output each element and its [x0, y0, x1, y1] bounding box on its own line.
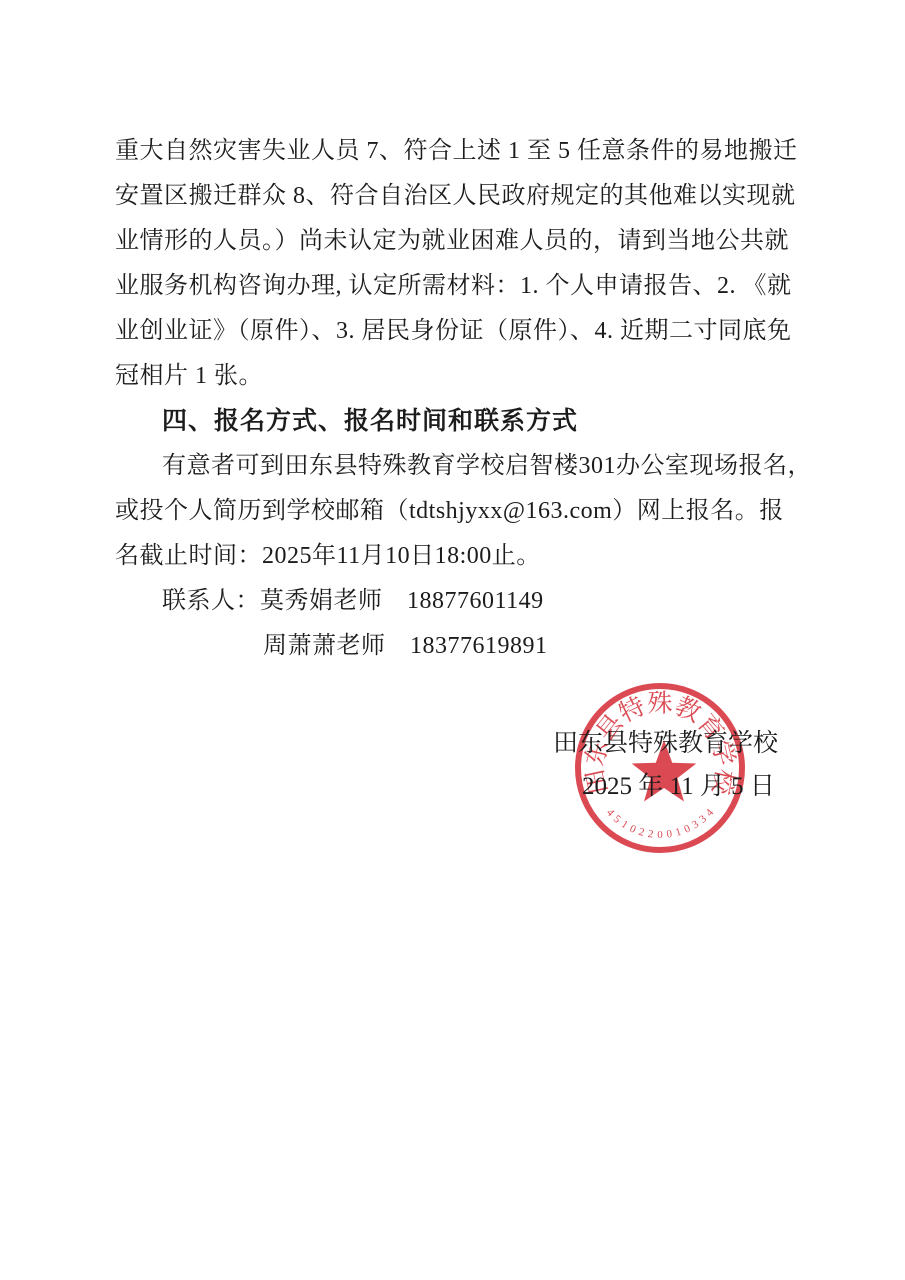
- document-line: 重大自然灾害失业人员 7、符合上述 1 至 5 任意条件的易地搬迁: [115, 129, 815, 174]
- seal-serial-char: 0: [628, 823, 638, 836]
- document-body: 重大自然灾害失业人员 7、符合上述 1 至 5 任意条件的易地搬迁安置区搬迁群众…: [115, 129, 815, 669]
- seal-serial-char: 2: [637, 826, 646, 839]
- document-line: 业情形的人员。）尚未认定为就业困难人员的，请到当地公共就: [115, 219, 815, 264]
- document-line: 四、报名方式、报名时间和联系方式: [115, 399, 815, 444]
- seal-arc-char: 殊: [647, 690, 672, 718]
- seal-serial-char: 0: [666, 828, 674, 841]
- document-line: 或投个人简历到学校邮箱（tdtshjyxx@163.com）网上报名。报: [115, 489, 815, 534]
- seal-serial-char: 4: [704, 806, 717, 818]
- seal-serial-char: 1: [674, 826, 683, 839]
- document-line: 业创业证》（原件）、3. 居民身份证（原件）、4. 近期二寸同底免: [115, 309, 815, 354]
- document-page: 重大自然灾害失业人员 7、符合上述 1 至 5 任意条件的易地搬迁安置区搬迁群众…: [0, 0, 905, 1280]
- document-line: 安置区搬迁群众 8、符合自治区人民政府规定的其他难以实现就: [115, 174, 815, 219]
- signature-date: 2025 年 11 月 5 日: [582, 766, 775, 802]
- document-line: 名截止时间：2025年11月10日18:00止。: [115, 534, 815, 579]
- document-line: 周萧萧老师 18377619891: [115, 624, 815, 669]
- seal-serial-char: 2: [647, 828, 654, 841]
- seal-serial-char: 1: [619, 818, 630, 831]
- document-line: 冠相片 1 张。: [115, 354, 815, 399]
- signature-org: 田东县特殊教育学校: [553, 723, 778, 759]
- document-line: 业服务机构咨询办理, 认定所需材料：1. 个人申请报告、2. 《就: [115, 264, 815, 309]
- document-line: 联系人：莫秀娟老师 18877601149: [115, 579, 815, 624]
- document-line: 有意者可到田东县特殊教育学校启智楼301办公室现场报名，: [115, 444, 815, 489]
- seal-serial-char: 0: [657, 829, 663, 841]
- seal-serial: 4510220010334: [604, 806, 717, 841]
